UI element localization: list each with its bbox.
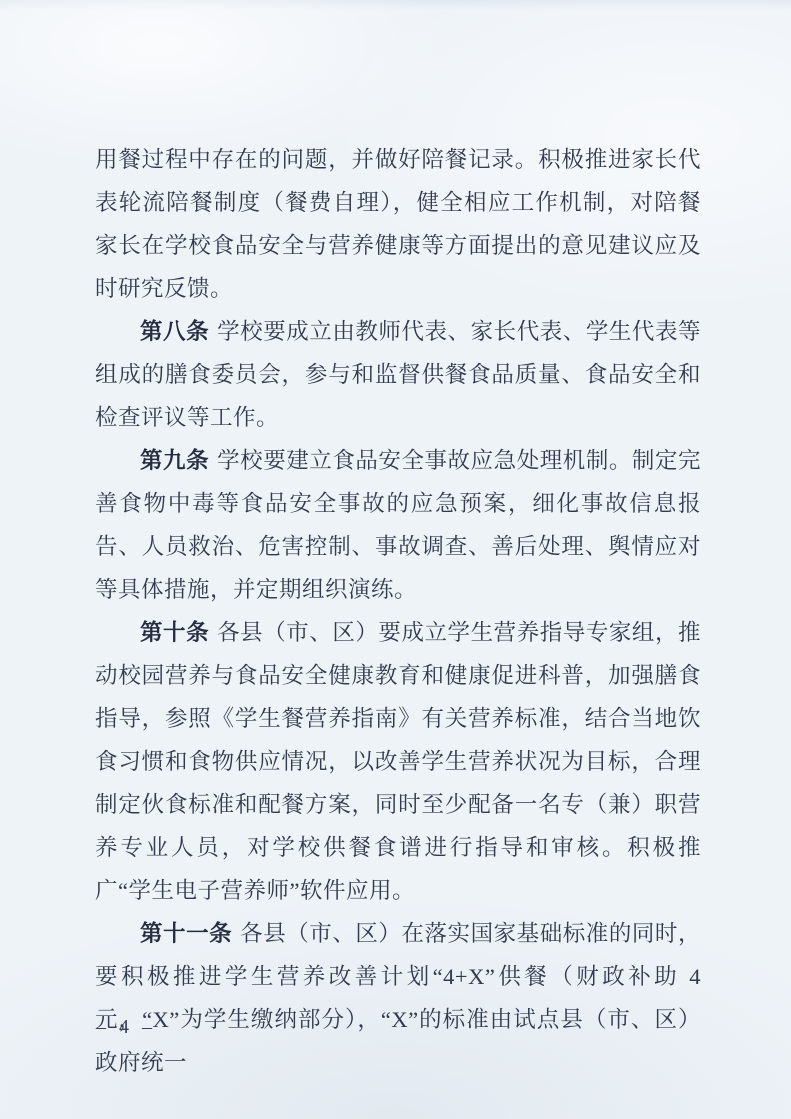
article-number: 第九条 — [140, 448, 209, 473]
paragraph-continuation: 用餐过程中存在的问题，并做好陪餐记录。积极推进家长代表轮流陪餐制度（餐费自理），… — [95, 138, 701, 310]
paragraph-text: 各县（市、区）要成立学生营养指导专家组，推动校园营养与食品安全健康教育和健康促进… — [95, 620, 701, 903]
document-body: 用餐过程中存在的问题，并做好陪餐记录。积极推进家长代表轮流陪餐制度（餐费自理），… — [95, 138, 701, 1084]
article-number: 第十一条 — [140, 921, 232, 946]
paragraph-article-10: 第十条各县（市、区）要成立学生营养指导专家组，推动校园营养与食品安全健康教育和健… — [95, 611, 701, 912]
article-number: 第八条 — [140, 319, 209, 344]
article-number: 第十条 — [140, 620, 209, 645]
paragraph-text: 用餐过程中存在的问题，并做好陪餐记录。积极推进家长代表轮流陪餐制度（餐费自理），… — [95, 147, 701, 301]
paragraph-article-11: 第十一条各县（市、区）在落实国家基础标准的同时，要积极推进学生营养改善计划“4+… — [95, 912, 701, 1084]
paragraph-article-9: 第九条学校要建立食品安全事故应急处理机制。制定完善食物中毒等食品安全事故的应急预… — [95, 439, 701, 611]
paragraph-article-8: 第八条学校要成立由教师代表、家长代表、学生代表等组成的膳食委员会，参与和监督供餐… — [95, 310, 701, 439]
page-number: – 4 – — [96, 1016, 156, 1039]
scanned-document-page: 用餐过程中存在的问题，并做好陪餐记录。积极推进家长代表轮流陪餐制度（餐费自理），… — [0, 0, 791, 1119]
